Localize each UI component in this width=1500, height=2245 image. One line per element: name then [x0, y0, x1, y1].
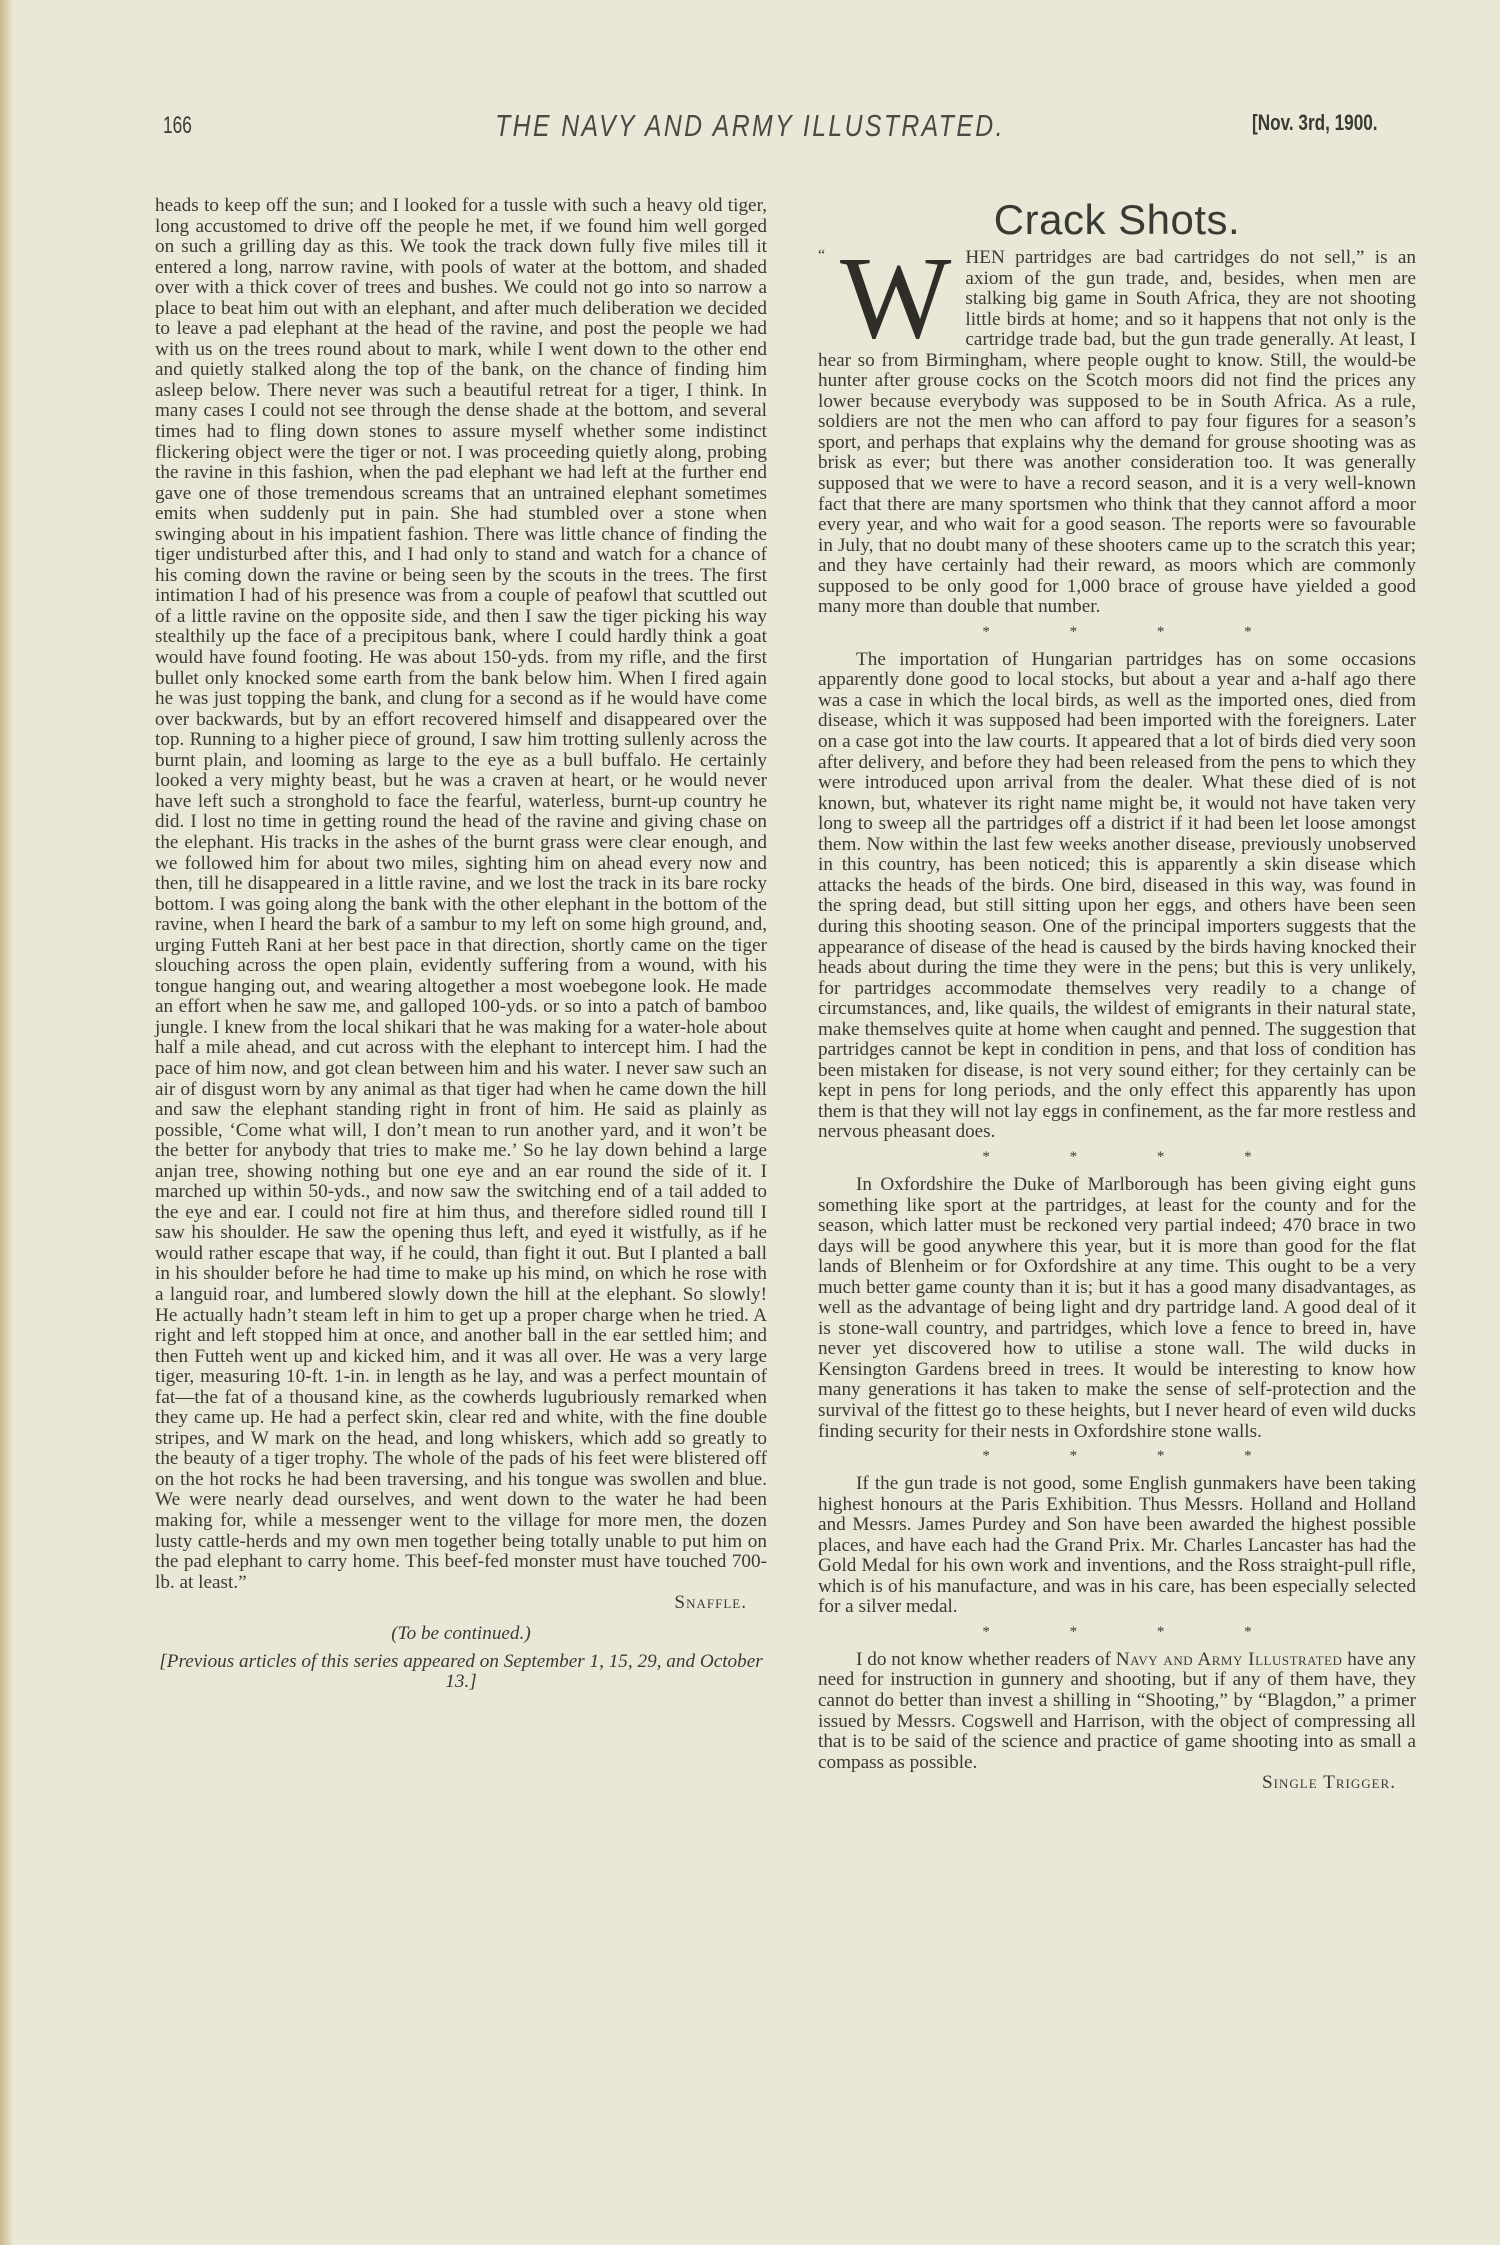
left-column-article: heads to keep off the sun; and I looked … — [155, 196, 767, 1692]
drop-cap-letter: W — [840, 252, 951, 344]
opening-quote-mark: “ — [818, 246, 825, 267]
issue-date: [Nov. 3rd, 1900. — [1252, 110, 1378, 136]
section-separator: * * * * — [818, 1145, 1416, 1169]
paragraph-hungarian-partridges: The importation of Hungarian partridges … — [818, 650, 1416, 1143]
magazine-name-smallcaps: Navy and Army Illustrated — [1116, 1649, 1343, 1670]
opening-paragraph-block: “ W HEN partridges are bad cartridges do… — [818, 248, 1416, 618]
magazine-title: THE NAVY AND ARMY ILLUSTRATED. — [150, 108, 1350, 144]
author-signature-single-trigger: Single Trigger. — [818, 1773, 1416, 1794]
series-footnote: [Previous articles of this series appear… — [155, 1652, 767, 1692]
paragraph-shooting-primer: I do not know whether readers of Navy an… — [818, 1650, 1416, 1773]
to-be-continued-note: (To be continued.) — [155, 1624, 767, 1645]
paragraph-gun-trade: If the gun trade is not good, some Engli… — [818, 1474, 1416, 1618]
page-binding-edge — [0, 0, 12, 2245]
section-separator: * * * * — [818, 620, 1416, 644]
paragraph-oxfordshire: In Oxfordshire the Duke of Marlborough h… — [818, 1175, 1416, 1442]
paragraph-text-start: I do not know whether readers of — [856, 1649, 1116, 1670]
author-signature-snaffle: Snaffle. — [155, 1593, 767, 1614]
section-separator: * * * * — [818, 1620, 1416, 1644]
section-separator: * * * * — [818, 1444, 1416, 1468]
article-body-paragraph: heads to keep off the sun; and I looked … — [155, 196, 767, 1593]
page-header: 166 THE NAVY AND ARMY ILLUSTRATED. [Nov.… — [0, 108, 1500, 144]
right-column-article: Crack Shots. “ W HEN partridges are bad … — [818, 196, 1416, 1794]
